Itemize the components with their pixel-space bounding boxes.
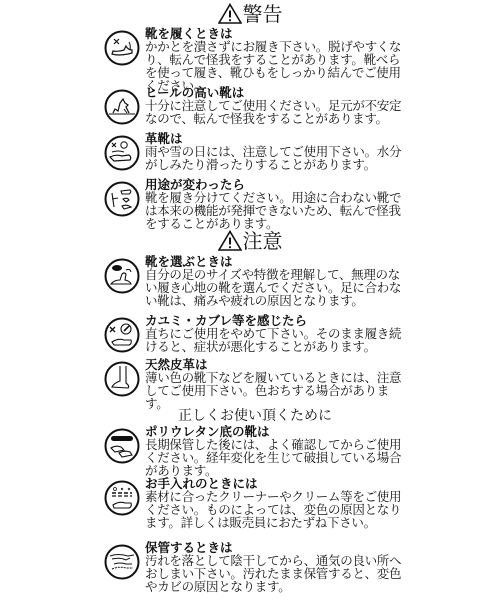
warning-item-body: 靴を履き分けてください。用途に合わない靴では本来の機能が発揮できないため、転んで… — [145, 191, 407, 230]
shoe-heel-crush-icon — [104, 30, 140, 66]
proper-use-item-body: 素材に合ったクリーナーやクリーム等をご使用ください。ものによっては、変色の原因と… — [145, 490, 407, 529]
shoe-care-icon — [104, 480, 140, 516]
high-heel-icon — [104, 89, 140, 125]
warning-title-text: 警告 — [243, 2, 283, 26]
blister-stop-icon — [104, 317, 140, 353]
proper-use-title: 正しくお使い頂くために — [0, 408, 500, 424]
caution-item-body: 自分の足のサイズや特徴を理解して、無理のない履き心地の靴を選んでください。足に合… — [145, 268, 407, 307]
shoe-purpose-icon — [104, 181, 140, 217]
caution-title-text: 注意 — [243, 229, 283, 253]
warning-item-body: 十分に注意してご使用ください。足元が不安定なので、転んで怪我をすることがあります… — [145, 99, 407, 125]
shoe-storage-icon — [104, 544, 140, 580]
caution-triangle-icon — [218, 230, 242, 251]
warning-title: 警告 — [0, 3, 500, 25]
polyurethane-sole-icon — [104, 428, 140, 464]
warning-triangle-icon — [218, 3, 242, 24]
caution-item-body: 薄い色の靴下などを履いているときには、注意してご使用下さい。色おちする場合があり… — [145, 371, 407, 410]
rain-snow-leather-shoe-icon — [104, 135, 140, 171]
foot-size-icon — [104, 258, 140, 294]
proper-use-item-body: 汚れを落として陰干してから、通気の良い所へおしまい下さい。汚れたまま保管すると、… — [145, 554, 407, 593]
proper-use-item-body: 長期保管した後には、よく確認してからご使用ください。経年変化を生じて破損している… — [145, 438, 407, 477]
warning-item-body: 雨や雪の日には、注意してご使用下さい。水分がしみたり滑ったりすることがあります。 — [145, 145, 407, 171]
leather-sock-icon — [104, 361, 140, 397]
caution-title: 注意 — [0, 230, 500, 252]
caution-item-body: 直ちにご使用をやめて下さい。そのまま履き続けると、症状が悪化することがあります。 — [145, 327, 407, 353]
